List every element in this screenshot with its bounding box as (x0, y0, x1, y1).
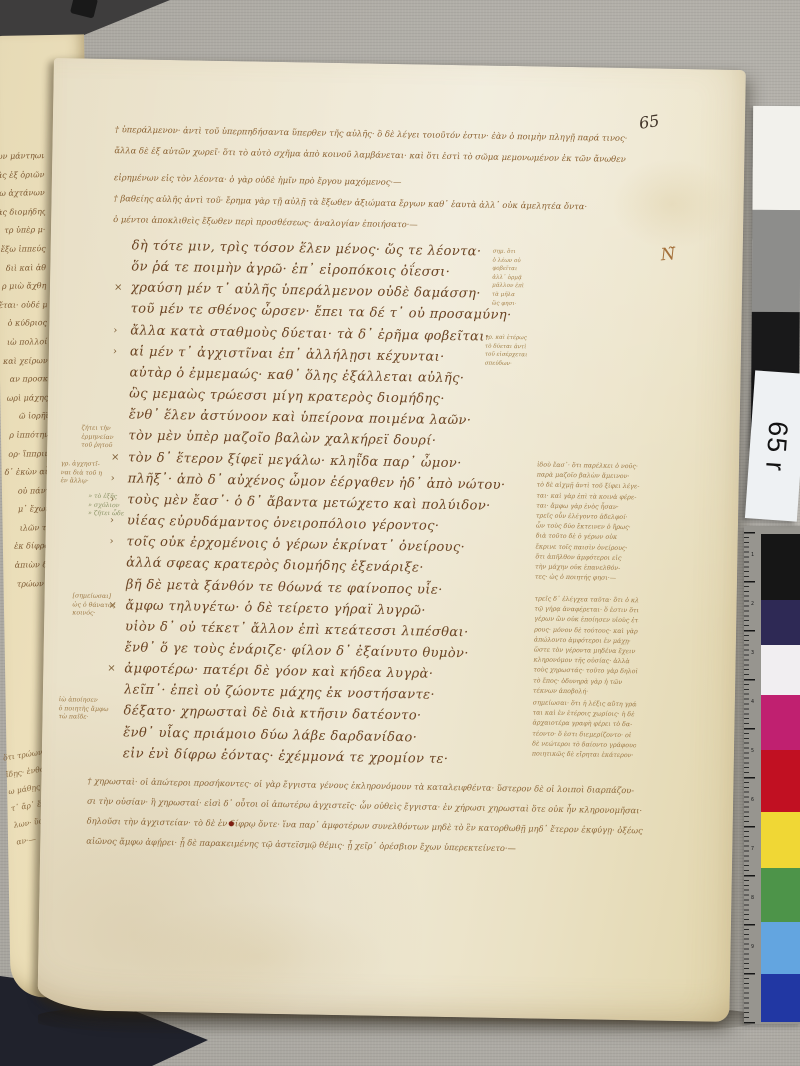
underleaf-fragment: ἔξω ἱππεύς (0, 240, 46, 259)
grayscale-patch (752, 106, 800, 210)
left-margin-note: γρ. ἀγχηστῖ- ναι διὰ τοῦ η ἐν ἄλλῳ· (61, 460, 123, 487)
underleaf-fragment: ῶ ἰορῆϊ (0, 407, 48, 426)
ruler-number: 3 (744, 650, 761, 699)
critical-sign (114, 256, 131, 277)
critical-sign: › (113, 320, 130, 341)
critical-sign: › (109, 531, 126, 552)
scholion-line: ποιητικῶς δὲ εἴρηται ἑκάτερον· (532, 749, 636, 761)
left-margin-note: ἰὼ ἀποίησεν ὁ ποιητὴς ἄμφω τὼ παῖδε· (58, 696, 120, 723)
manuscript-photo: { "photo": { "folio_number": "65", "quir… (0, 0, 800, 1066)
right-margin-scholia-3: σημείωσαι· ὅτι ἡ λέξις αὕτη γράφε-ται κα… (532, 698, 637, 761)
critical-sign (113, 299, 130, 320)
underleaf-fragment: ἃς ἐξ ὀριῶν (0, 166, 45, 185)
ruler-number: 8 (744, 895, 761, 944)
verse-text: εἰν ἑνὶ δίφρω ἐόντας· ἐχέμμονά τε χρομίο… (123, 743, 449, 770)
interlinear-scholion-b: γρ. καὶ ἑτέρωςτὸ δύεται ἀντὶτοῦ εἰσέρχετ… (485, 334, 548, 369)
ink-dot (229, 821, 234, 826)
left-margin-note: ζήτει τὴν ἑρμηνείαν τοῦ ῥητοῦ (81, 425, 143, 452)
top-margin-scholia: † ὑπεράλμενον· ἀντὶ τοῦ ὑπερπηδήσαντα ὕπ… (113, 119, 729, 241)
manuscript-page-65r: 65 Ν̃ † ὑπεράλμενον· ἀντὶ τοῦ ὑπερπηδήσα… (37, 58, 746, 1022)
critical-sign (109, 574, 126, 595)
critical-sign (109, 552, 126, 573)
ruler-number: 6 (744, 797, 761, 846)
ruler-numbers: 123456789 (744, 552, 761, 993)
folio-label: 65 r (759, 420, 793, 473)
underleaf-fragment: ἐκ δίφρω (3, 538, 51, 557)
underleaf-fragment: δ᾽ ἐκὼν αὖ (1, 463, 49, 482)
underleaf-fragment: οὐ πάντ (2, 482, 50, 501)
ruler-number: 5 (744, 748, 761, 797)
critical-sign (106, 722, 123, 743)
ruler-number: 9 (744, 944, 761, 993)
parchment-stain (127, 899, 389, 1014)
color-patch (761, 695, 800, 750)
bottom-margin-scholia: † χηρωσταὶ· οἱ ἀπώτεροι προσήκοντες· οἱ … (86, 771, 717, 862)
underleaf-fragment: αν προσκ (0, 370, 48, 389)
underleaf-fragment: ων μάντηων (0, 147, 44, 166)
underleaf-fragment: ιὼ πολλοί (0, 333, 48, 352)
color-patch (761, 922, 800, 974)
critical-sign (112, 404, 129, 425)
underleaf-fragment: διὶ καὶ ἀθ (0, 259, 46, 278)
grayscale-patch (752, 210, 800, 312)
color-patch (761, 534, 800, 600)
ruler-number: 1 (744, 552, 761, 601)
scholion-line: σπεύδων· (485, 359, 547, 369)
underleaf-fragment: τρ ὑπὲρ μ· (0, 222, 46, 241)
ruler-number: 4 (744, 699, 761, 748)
color-patch (761, 974, 800, 1022)
critical-sign (115, 235, 132, 256)
underleaf-line-endings: ων μάντηωνἃς ἐξ ὀριῶνω ἀχτάνωνὰς διομήδη… (0, 147, 52, 594)
quire-signature-mark: Ν̃ (660, 244, 677, 265)
ruler-number: 7 (744, 846, 761, 895)
underleaf-fragment: ωρὶ μάχης (0, 389, 48, 408)
color-calibration-card: 123456789 (744, 526, 800, 1024)
critical-sign: × (114, 277, 131, 298)
critical-sign (108, 637, 125, 658)
left-margin-note: [σημείωσαι] ὡς ὁ θάνατος κοινός· (72, 592, 134, 619)
critical-sign (112, 383, 129, 404)
scholion-line: τες· ὡς ὁ ποιητής φησι·— (535, 573, 639, 585)
underleaf-fragment: ρ ἱππότην (1, 426, 49, 445)
underleaf-fragment: ρ μιὼ ἄχθη (0, 277, 47, 296)
scholion-line: τέκνων ἀποβολή· (533, 686, 637, 698)
critical-sign: › (113, 341, 130, 362)
folio-label-card: 65 r (745, 370, 800, 521)
critical-sign (112, 362, 129, 383)
scholion-line: ὥς φησι· (492, 299, 550, 309)
right-margin-scholia-1: ἰδοὺ ἔασ᾽· ὅτι παρέλκει ὁ νοῦς·παρὰ μαζο… (535, 460, 641, 584)
color-patch (761, 600, 800, 645)
underleaf-fragment: ἔται· οὐδέ μ (0, 296, 47, 315)
underleaf-fragment: ιλῶν τε (2, 519, 50, 538)
left-margin-note-faded: » τὸ ἑξῆς » σχόλιον » ζήτει ὧδε (88, 493, 150, 520)
ruler-number: 2 (744, 601, 761, 650)
critical-sign: × (107, 658, 124, 679)
color-patch (761, 868, 800, 922)
underleaf-fragment: ὰς διομήδης (0, 203, 45, 222)
interlinear-scholion-a: σημ. ὅτιὁ λέων οὐφοβεῖταιἀλλ᾽ ὁρμᾷμᾶλλον… (492, 248, 551, 309)
underleaf-fragment: ω ἀχτάνων (0, 184, 45, 203)
color-patch (761, 812, 800, 868)
underleaf-fragment: ὁ κύδριος (0, 314, 47, 333)
iliad-text-block: δὴ τότε μιν, τρὶς τόσον ἕλεν μένος· ὥς τ… (106, 235, 595, 772)
underleaf-fragment: μ᾽ ἔχων (2, 500, 50, 519)
ruler: 123456789 (744, 526, 761, 1024)
color-patches (761, 526, 800, 1024)
critical-sign (106, 743, 123, 764)
underleaf-fragment: καὶ χείρων (0, 352, 48, 371)
color-patch (761, 645, 800, 695)
right-margin-scholia-2: τρεῖς δ᾽ ἐλέγχεα ταῦτα· ὅτι ὁ κλῆροςτῷ γ… (533, 594, 639, 698)
color-patch (761, 750, 800, 812)
underleaf-fragment: ορ· ἵππριν (1, 445, 49, 464)
